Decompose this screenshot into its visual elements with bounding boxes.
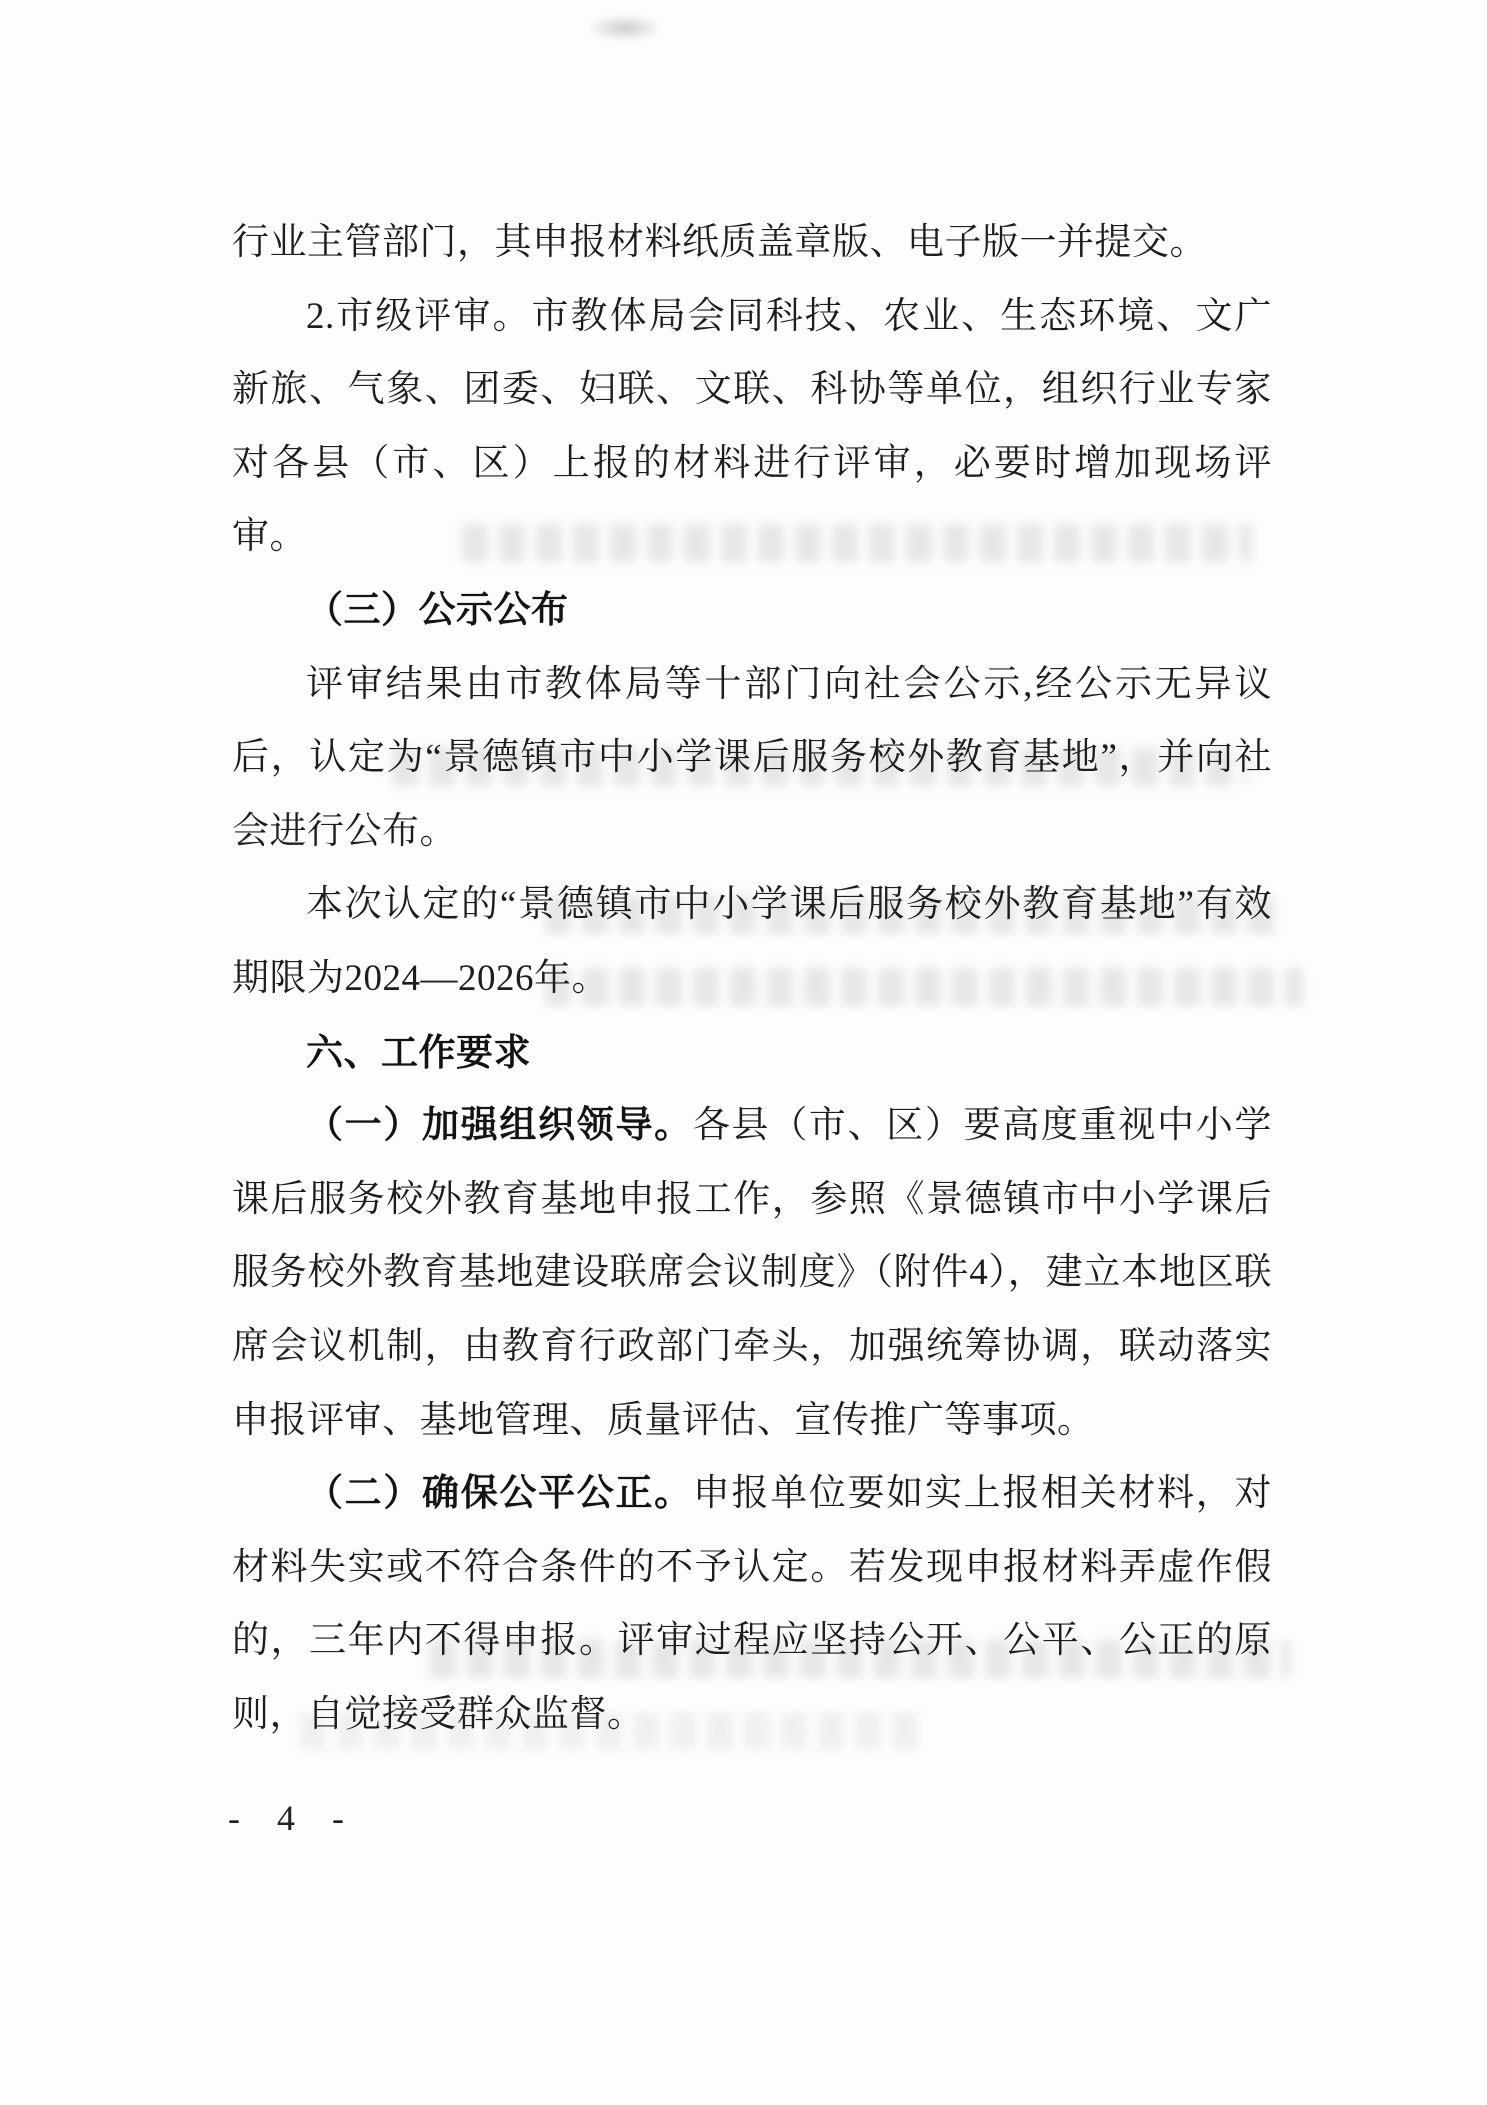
- page-number: - 4 -: [228, 1797, 358, 1839]
- paragraph-text: 本次认定的“景德镇市中小学课后服务校外教育基地”有效期限为2024—2026年。: [232, 884, 1272, 999]
- paragraph: 行业主管部门，其申报材料纸质盖章版、电子版一并提交。: [232, 206, 1272, 280]
- paragraph-text: 评审结果由市教体局等十部门向社会公示,经公示无异议后，认定为“景德镇市中小学课后…: [232, 664, 1272, 852]
- paragraph: （一）加强组织领导。各县（市、区）要高度重视中小学课后服务校外教育基地申报工作，…: [232, 1089, 1272, 1457]
- section-heading: （三）公示公布: [232, 574, 1272, 648]
- document-body: 行业主管部门，其申报材料纸质盖章版、电子版一并提交。2.市级评审。市教体局会同科…: [232, 206, 1272, 1751]
- paragraph-text: （三）公示公布: [306, 590, 569, 631]
- paragraph-text: 六、工作要求: [306, 1032, 531, 1073]
- paragraph-lead: （一）加强组织领导。: [306, 1105, 693, 1146]
- paragraph-lead: （二）确保公平公正。: [306, 1473, 693, 1514]
- paragraph: 本次认定的“景德镇市中小学课后服务校外教育基地”有效期限为2024—2026年。: [232, 868, 1272, 1015]
- paragraph-text: 2.市级评审。市教体局会同科技、农业、生态环境、文广新旅、气象、团委、妇联、文联…: [232, 296, 1272, 558]
- paragraph-text: 各县（市、区）要高度重视中小学课后服务校外教育基地申报工作，参照《景德镇市中小学…: [232, 1105, 1272, 1440]
- scan-smudge-artifact: [588, 14, 662, 42]
- section-heading: 六、工作要求: [232, 1016, 1272, 1090]
- paragraph-text: 行业主管部门，其申报材料纸质盖章版、电子版一并提交。: [232, 222, 1207, 263]
- scanned-document-page: 行业主管部门，其申报材料纸质盖章版、电子版一并提交。2.市级评审。市教体局会同科…: [0, 0, 1487, 2105]
- paragraph: 2.市级评审。市教体局会同科技、农业、生态环境、文广新旅、气象、团委、妇联、文联…: [232, 280, 1272, 574]
- paragraph: 评审结果由市教体局等十部门向社会公示,经公示无异议后，认定为“景德镇市中小学课后…: [232, 648, 1272, 869]
- paragraph: （二）确保公平公正。申报单位要如实上报相关材料，对材料失实或不符合条件的不予认定…: [232, 1457, 1272, 1751]
